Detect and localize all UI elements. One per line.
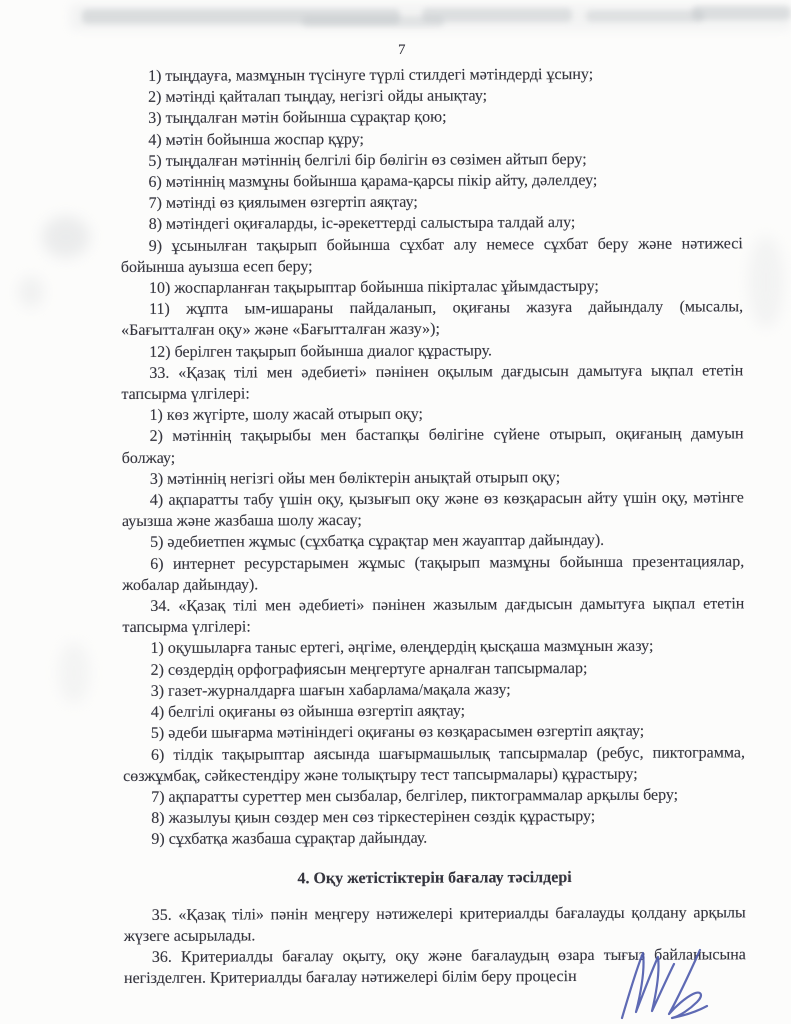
document-content: 1) тыңдауға, мазмұнын түсінуге түрлі сти… (120, 63, 746, 989)
paragraph: 3) тыңдалған мәтін бойынша сұрақтар қою; (120, 106, 742, 130)
paragraph: 7) мәтінді өз қиялымен өзгертіп аяқтау; (121, 191, 743, 215)
paragraph: 2) сөздердің орфографиясын меңгертуге ар… (123, 657, 745, 681)
scan-artifact (692, 6, 791, 20)
paragraph: 2) мәтіннің тақырыбы мен бастапқы бөлігі… (122, 424, 744, 469)
paragraph: 6) тілдік тақырыптар аясында шағырмашылы… (123, 742, 745, 787)
paragraph: 2) мәтінді қайталап тыңдау, негізгі ойды… (120, 84, 742, 108)
paragraph: 5) әдебиетпен жұмыс (сұхбатқа сұрақтар м… (122, 530, 744, 554)
handwritten-signature-icon (612, 946, 712, 1024)
paragraph-list: 1) тыңдауға, мазмұнын түсінуге түрлі сти… (120, 63, 746, 989)
page-number: 7 (398, 42, 406, 59)
paragraph: 5) тыңдалған мәтіннің белгілі бір бөлігі… (120, 148, 742, 172)
scan-smudge (18, 276, 44, 308)
scan-artifact (422, 8, 572, 22)
paragraph: 35. «Қазақ тілі» пәнін меңгеру нәтижелер… (124, 902, 746, 947)
paragraph: 5) әдеби шығарма мәтініндегі оқиғаны өз … (123, 721, 745, 745)
paragraph: 33. «Қазақ тілі мен әдебиеті» пәнінен оқ… (121, 360, 743, 405)
paragraph: 3) газет-журналдарға шағын хабарлама/мақ… (123, 678, 745, 702)
paragraph: 10) жоспарланған тақырыптар бойынша пікі… (121, 275, 743, 299)
paragraph: 34. «Қазақ тілі мен әдебиеті» пәнінен жа… (122, 593, 744, 638)
paragraph: 12) берілген тақырып бойынша диалог құра… (121, 339, 743, 363)
paragraph: 3) мәтіннің негізгі ойы мен бөліктерін а… (122, 466, 744, 490)
paragraph: 4) ақпаратты табу үшін оқу, қызығып оқу … (122, 487, 744, 532)
paragraph: 11) жұпта ым-ишараны пайдаланып, оқиғаны… (121, 297, 743, 342)
paragraph: 9) сұхбатқа жазбаша сұрақтар дайындау. (123, 827, 745, 851)
scan-smudge (58, 642, 90, 704)
paragraph: 1) тыңдауға, мазмұнын түсінуге түрлі сти… (120, 63, 742, 87)
paragraph: 8) жазылуы қиын сөздер мен сөз тіркестер… (123, 805, 745, 829)
paragraph: 9) ұсынылған тақырып бойынша сұхбат алу … (121, 233, 743, 278)
scan-smudge (748, 236, 784, 328)
paragraph: 1) оқушыларға таныс ертегі, әңгіме, өлең… (122, 636, 744, 660)
paragraph: 6) интернет ресурстарымен жұмыс (тақырып… (122, 551, 744, 596)
paragraph: 7) ақпаратты суреттер мен сызбалар, белг… (123, 784, 745, 808)
paragraph: 4) мәтін бойынша жоспар құру; (120, 127, 742, 151)
section-heading: 4. Оқу жетістіктерін бағалау тәсілдері (124, 866, 746, 890)
scan-artifact (586, 10, 704, 22)
scanned-document-page: 7 1) тыңдауға, мазмұнын түсінуге түрлі с… (0, 0, 791, 1024)
paragraph: 8) мәтіндегі оқиғаларды, іс-әрекеттерді … (121, 212, 743, 236)
paragraph: 4) белгілі оқиғаны өз ойынша өзгертіп ая… (123, 699, 745, 723)
scan-smudge (42, 216, 90, 258)
paragraph: 6) мәтіннің мазмұны бойынша қарама-қарсы… (120, 169, 742, 193)
paragraph: 1) көз жүгірте, шолу жасай отырып оқу; (121, 403, 743, 427)
